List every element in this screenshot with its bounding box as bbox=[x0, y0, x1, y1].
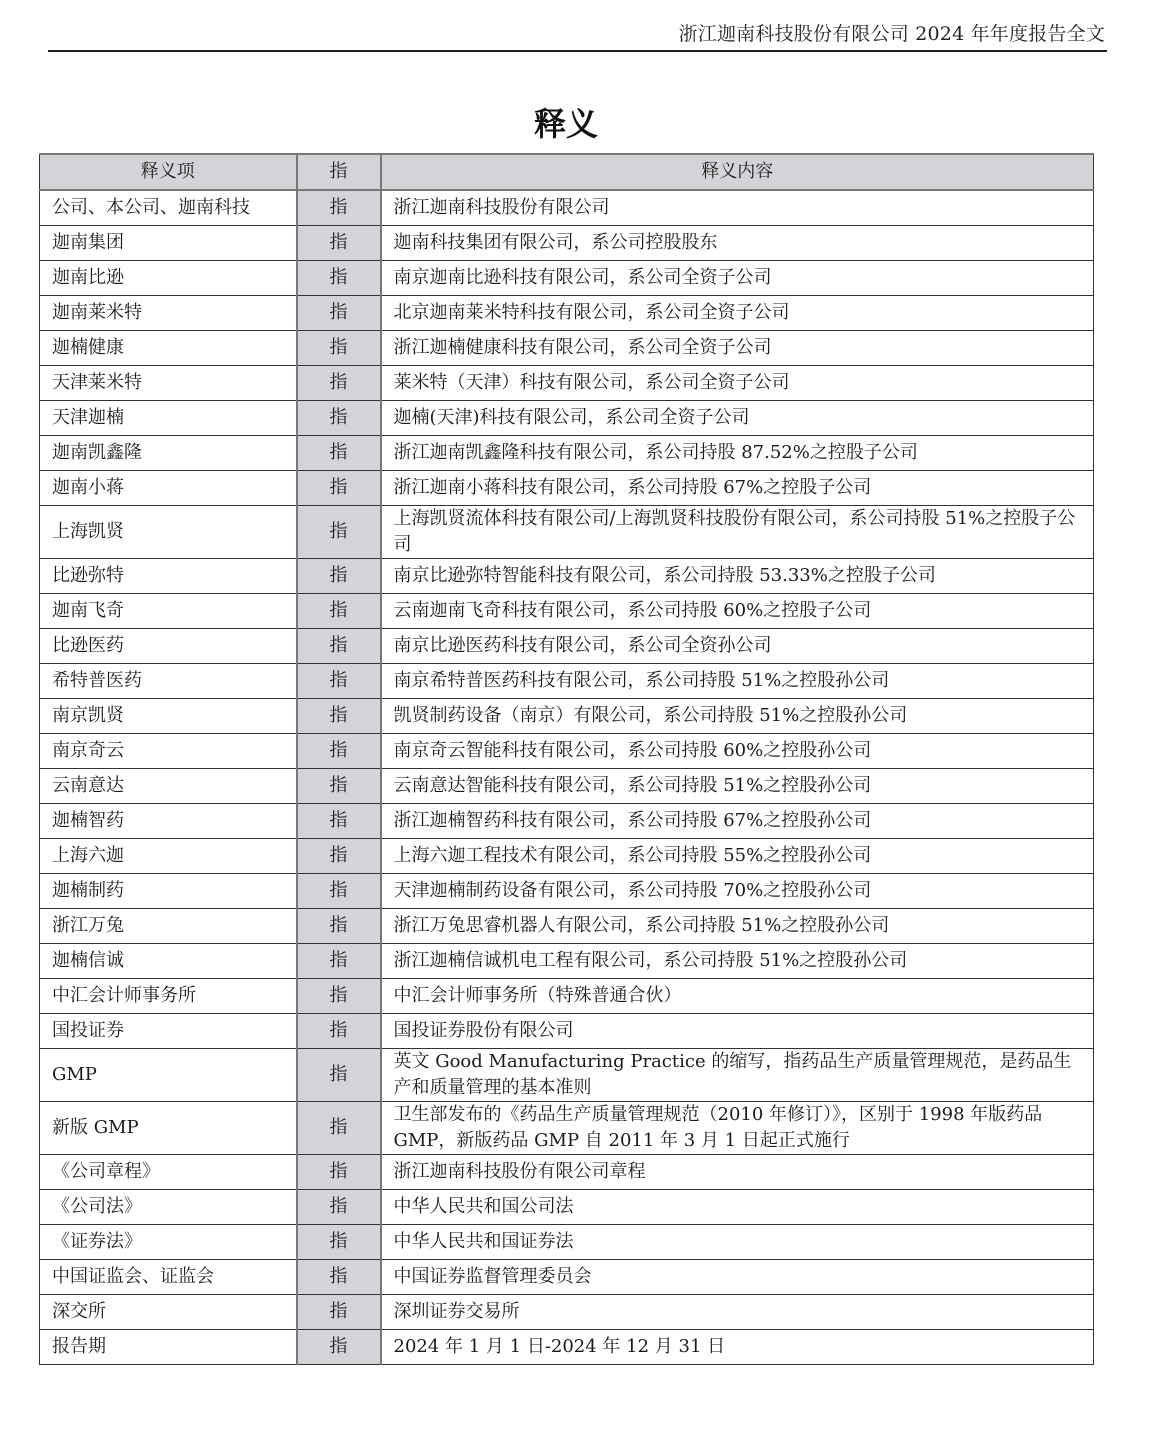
meaning-cell: 凯贤制药设备（南京）有限公司，系公司持股 51%之控股孙公司 bbox=[381, 699, 1094, 734]
table-row: 希特普医药指南京希特普医药科技有限公司，系公司持股 51%之控股孙公司 bbox=[40, 664, 1094, 699]
meaning-cell: 浙江迦南小蒋科技有限公司，系公司持股 67%之控股子公司 bbox=[381, 471, 1094, 506]
ref-cell: 指 bbox=[297, 1014, 381, 1049]
term-cell: 报告期 bbox=[40, 1330, 297, 1365]
meaning-cell: 中华人民共和国证券法 bbox=[381, 1225, 1094, 1260]
table-row: 迦南飞奇指云南迦南飞奇科技有限公司，系公司持股 60%之控股子公司 bbox=[40, 594, 1094, 629]
table-row: 公司、本公司、迦南科技指浙江迦南科技股份有限公司 bbox=[40, 190, 1094, 226]
table-row: GMP指英文 Good Manufacturing Practice 的缩写，指… bbox=[40, 1049, 1094, 1102]
table-row: 南京凯贤指凯贤制药设备（南京）有限公司，系公司持股 51%之控股孙公司 bbox=[40, 699, 1094, 734]
table-row: 《公司法》指中华人民共和国公司法 bbox=[40, 1190, 1094, 1225]
term-cell: 浙江万兔 bbox=[40, 909, 297, 944]
ref-cell: 指 bbox=[297, 804, 381, 839]
meaning-cell: 南京比逊弥特智能科技有限公司，系公司持股 53.33%之控股子公司 bbox=[381, 559, 1094, 594]
term-cell: 上海六迦 bbox=[40, 839, 297, 874]
ref-cell: 指 bbox=[297, 331, 381, 366]
page-header: 浙江迦南科技股份有限公司 2024 年年度报告全文 bbox=[48, 20, 1107, 52]
table-body: 公司、本公司、迦南科技指浙江迦南科技股份有限公司迦南集团指迦南科技集团有限公司，… bbox=[40, 190, 1094, 1365]
table-row: 深交所指深圳证券交易所 bbox=[40, 1295, 1094, 1330]
term-cell: 天津莱米特 bbox=[40, 366, 297, 401]
column-header-meaning: 释义内容 bbox=[381, 154, 1094, 190]
table-row: 南京奇云指南京奇云智能科技有限公司，系公司持股 60%之控股孙公司 bbox=[40, 734, 1094, 769]
term-cell: 中国证监会、证监会 bbox=[40, 1260, 297, 1295]
ref-cell: 指 bbox=[297, 471, 381, 506]
table-row: 云南意达指云南意达智能科技有限公司，系公司持股 51%之控股孙公司 bbox=[40, 769, 1094, 804]
ref-cell: 指 bbox=[297, 436, 381, 471]
definitions-table: 释义项 指 释义内容 公司、本公司、迦南科技指浙江迦南科技股份有限公司迦南集团指… bbox=[39, 153, 1094, 1365]
meaning-cell: 迦南科技集团有限公司，系公司控股股东 bbox=[381, 226, 1094, 261]
ref-cell: 指 bbox=[297, 366, 381, 401]
meaning-cell: 北京迦南莱米特科技有限公司，系公司全资子公司 bbox=[381, 296, 1094, 331]
term-cell: 国投证券 bbox=[40, 1014, 297, 1049]
meaning-cell: 浙江迦南科技股份有限公司章程 bbox=[381, 1155, 1094, 1190]
ref-cell: 指 bbox=[297, 190, 381, 226]
term-cell: 南京凯贤 bbox=[40, 699, 297, 734]
ref-cell: 指 bbox=[297, 401, 381, 436]
meaning-cell: 国投证券股份有限公司 bbox=[381, 1014, 1094, 1049]
table-row: 迦楠智药指浙江迦楠智药科技有限公司，系公司持股 67%之控股孙公司 bbox=[40, 804, 1094, 839]
table-row: 《证券法》指中华人民共和国证券法 bbox=[40, 1225, 1094, 1260]
term-cell: 迦南小蒋 bbox=[40, 471, 297, 506]
term-cell: 迦南飞奇 bbox=[40, 594, 297, 629]
ref-cell: 指 bbox=[297, 699, 381, 734]
ref-cell: 指 bbox=[297, 769, 381, 804]
table-row: 迦南集团指迦南科技集团有限公司，系公司控股股东 bbox=[40, 226, 1094, 261]
meaning-cell: 浙江迦楠健康科技有限公司，系公司全资子公司 bbox=[381, 331, 1094, 366]
ref-cell: 指 bbox=[297, 261, 381, 296]
meaning-cell: 中华人民共和国公司法 bbox=[381, 1190, 1094, 1225]
meaning-cell: 迦楠(天津)科技有限公司，系公司全资子公司 bbox=[381, 401, 1094, 436]
term-cell: 公司、本公司、迦南科技 bbox=[40, 190, 297, 226]
meaning-cell: 浙江迦楠智药科技有限公司，系公司持股 67%之控股孙公司 bbox=[381, 804, 1094, 839]
ref-cell: 指 bbox=[297, 979, 381, 1014]
term-cell: 迦南莱米特 bbox=[40, 296, 297, 331]
term-cell: GMP bbox=[40, 1049, 297, 1102]
table-row: 天津莱米特指莱米特（天津）科技有限公司，系公司全资子公司 bbox=[40, 366, 1094, 401]
term-cell: 上海凯贤 bbox=[40, 506, 297, 559]
meaning-cell: 中汇会计师事务所（特殊普通合伙） bbox=[381, 979, 1094, 1014]
meaning-cell: 中国证券监督管理委员会 bbox=[381, 1260, 1094, 1295]
meaning-cell: 浙江迦南科技股份有限公司 bbox=[381, 190, 1094, 226]
table-row: 《公司章程》指浙江迦南科技股份有限公司章程 bbox=[40, 1155, 1094, 1190]
meaning-cell: 深圳证券交易所 bbox=[381, 1295, 1094, 1330]
meaning-cell: 卫生部发布的《药品生产质量管理规范（2010 年修订）》，区别于 1998 年版… bbox=[381, 1102, 1094, 1155]
term-cell: 迦南集团 bbox=[40, 226, 297, 261]
meaning-cell: 南京迦南比逊科技有限公司，系公司全资子公司 bbox=[381, 261, 1094, 296]
ref-cell: 指 bbox=[297, 1295, 381, 1330]
ref-cell: 指 bbox=[297, 734, 381, 769]
term-cell: 比逊医药 bbox=[40, 629, 297, 664]
table-row: 新版 GMP指卫生部发布的《药品生产质量管理规范（2010 年修订）》，区别于 … bbox=[40, 1102, 1094, 1155]
term-cell: 南京奇云 bbox=[40, 734, 297, 769]
ref-cell: 指 bbox=[297, 944, 381, 979]
ref-cell: 指 bbox=[297, 1049, 381, 1102]
table-row: 迦南小蒋指浙江迦南小蒋科技有限公司，系公司持股 67%之控股子公司 bbox=[40, 471, 1094, 506]
meaning-cell: 上海凯贤流体科技有限公司/上海凯贤科技股份有限公司，系公司持股 51%之控股子公… bbox=[381, 506, 1094, 559]
ref-cell: 指 bbox=[297, 874, 381, 909]
table-row: 上海六迦指上海六迦工程技术有限公司，系公司持股 55%之控股孙公司 bbox=[40, 839, 1094, 874]
table-row: 中汇会计师事务所指中汇会计师事务所（特殊普通合伙） bbox=[40, 979, 1094, 1014]
table-header-row: 释义项 指 释义内容 bbox=[40, 154, 1094, 190]
ref-cell: 指 bbox=[297, 1102, 381, 1155]
meaning-cell: 浙江迦南凯鑫隆科技有限公司，系公司持股 87.52%之控股子公司 bbox=[381, 436, 1094, 471]
table-row: 迦南凯鑫隆指浙江迦南凯鑫隆科技有限公司，系公司持股 87.52%之控股子公司 bbox=[40, 436, 1094, 471]
table-row: 比逊医药指南京比逊医药科技有限公司，系公司全资孙公司 bbox=[40, 629, 1094, 664]
table-row: 报告期指2024 年 1 月 1 日-2024 年 12 月 31 日 bbox=[40, 1330, 1094, 1365]
meaning-cell: 南京奇云智能科技有限公司，系公司持股 60%之控股孙公司 bbox=[381, 734, 1094, 769]
meaning-cell: 英文 Good Manufacturing Practice 的缩写，指药品生产… bbox=[381, 1049, 1094, 1102]
table-row: 国投证券指国投证券股份有限公司 bbox=[40, 1014, 1094, 1049]
ref-cell: 指 bbox=[297, 629, 381, 664]
meaning-cell: 天津迦楠制药设备有限公司，系公司持股 70%之控股孙公司 bbox=[381, 874, 1094, 909]
term-cell: 天津迦楠 bbox=[40, 401, 297, 436]
ref-cell: 指 bbox=[297, 296, 381, 331]
report-title: 浙江迦南科技股份有限公司 2024 年年度报告全文 bbox=[679, 22, 1105, 46]
term-cell: 《公司法》 bbox=[40, 1190, 297, 1225]
meaning-cell: 上海六迦工程技术有限公司，系公司持股 55%之控股孙公司 bbox=[381, 839, 1094, 874]
term-cell: 迦楠信诚 bbox=[40, 944, 297, 979]
ref-cell: 指 bbox=[297, 1330, 381, 1365]
table-row: 中国证监会、证监会指中国证券监督管理委员会 bbox=[40, 1260, 1094, 1295]
meaning-cell: 莱米特（天津）科技有限公司，系公司全资子公司 bbox=[381, 366, 1094, 401]
term-cell: 迦楠制药 bbox=[40, 874, 297, 909]
meaning-cell: 南京希特普医药科技有限公司，系公司持股 51%之控股孙公司 bbox=[381, 664, 1094, 699]
term-cell: 迦南凯鑫隆 bbox=[40, 436, 297, 471]
ref-cell: 指 bbox=[297, 909, 381, 944]
table-row: 浙江万兔指浙江万兔思睿机器人有限公司，系公司持股 51%之控股孙公司 bbox=[40, 909, 1094, 944]
ref-cell: 指 bbox=[297, 664, 381, 699]
ref-cell: 指 bbox=[297, 839, 381, 874]
ref-cell: 指 bbox=[297, 1260, 381, 1295]
term-cell: 新版 GMP bbox=[40, 1102, 297, 1155]
ref-cell: 指 bbox=[297, 226, 381, 261]
table-row: 迦南莱米特指北京迦南莱米特科技有限公司，系公司全资子公司 bbox=[40, 296, 1094, 331]
table-row: 天津迦楠指迦楠(天津)科技有限公司，系公司全资子公司 bbox=[40, 401, 1094, 436]
meaning-cell: 云南意达智能科技有限公司，系公司持股 51%之控股孙公司 bbox=[381, 769, 1094, 804]
term-cell: 迦楠健康 bbox=[40, 331, 297, 366]
table-row: 迦楠健康指浙江迦楠健康科技有限公司，系公司全资子公司 bbox=[40, 331, 1094, 366]
term-cell: 比逊弥特 bbox=[40, 559, 297, 594]
term-cell: 希特普医药 bbox=[40, 664, 297, 699]
table-row: 比逊弥特指南京比逊弥特智能科技有限公司，系公司持股 53.33%之控股子公司 bbox=[40, 559, 1094, 594]
table-row: 迦南比逊指南京迦南比逊科技有限公司，系公司全资子公司 bbox=[40, 261, 1094, 296]
ref-cell: 指 bbox=[297, 1190, 381, 1225]
meaning-cell: 南京比逊医药科技有限公司，系公司全资孙公司 bbox=[381, 629, 1094, 664]
meaning-cell: 浙江万兔思睿机器人有限公司，系公司持股 51%之控股孙公司 bbox=[381, 909, 1094, 944]
term-cell: 深交所 bbox=[40, 1295, 297, 1330]
term-cell: 迦楠智药 bbox=[40, 804, 297, 839]
meaning-cell: 2024 年 1 月 1 日-2024 年 12 月 31 日 bbox=[381, 1330, 1094, 1365]
ref-cell: 指 bbox=[297, 594, 381, 629]
term-cell: 云南意达 bbox=[40, 769, 297, 804]
table-row: 迦楠制药指天津迦楠制药设备有限公司，系公司持股 70%之控股孙公司 bbox=[40, 874, 1094, 909]
ref-cell: 指 bbox=[297, 559, 381, 594]
term-cell: 《证券法》 bbox=[40, 1225, 297, 1260]
term-cell: 中汇会计师事务所 bbox=[40, 979, 297, 1014]
table-row: 迦楠信诚指浙江迦楠信诚机电工程有限公司，系公司持股 51%之控股孙公司 bbox=[40, 944, 1094, 979]
column-header-ref: 指 bbox=[297, 154, 381, 190]
term-cell: 迦南比逊 bbox=[40, 261, 297, 296]
ref-cell: 指 bbox=[297, 506, 381, 559]
table-row: 上海凯贤指上海凯贤流体科技有限公司/上海凯贤科技股份有限公司，系公司持股 51%… bbox=[40, 506, 1094, 559]
ref-cell: 指 bbox=[297, 1155, 381, 1190]
term-cell: 《公司章程》 bbox=[40, 1155, 297, 1190]
column-header-term: 释义项 bbox=[40, 154, 297, 190]
ref-cell: 指 bbox=[297, 1225, 381, 1260]
meaning-cell: 浙江迦楠信诚机电工程有限公司，系公司持股 51%之控股孙公司 bbox=[381, 944, 1094, 979]
meaning-cell: 云南迦南飞奇科技有限公司，系公司持股 60%之控股子公司 bbox=[381, 594, 1094, 629]
section-title: 释义 bbox=[0, 102, 1132, 146]
